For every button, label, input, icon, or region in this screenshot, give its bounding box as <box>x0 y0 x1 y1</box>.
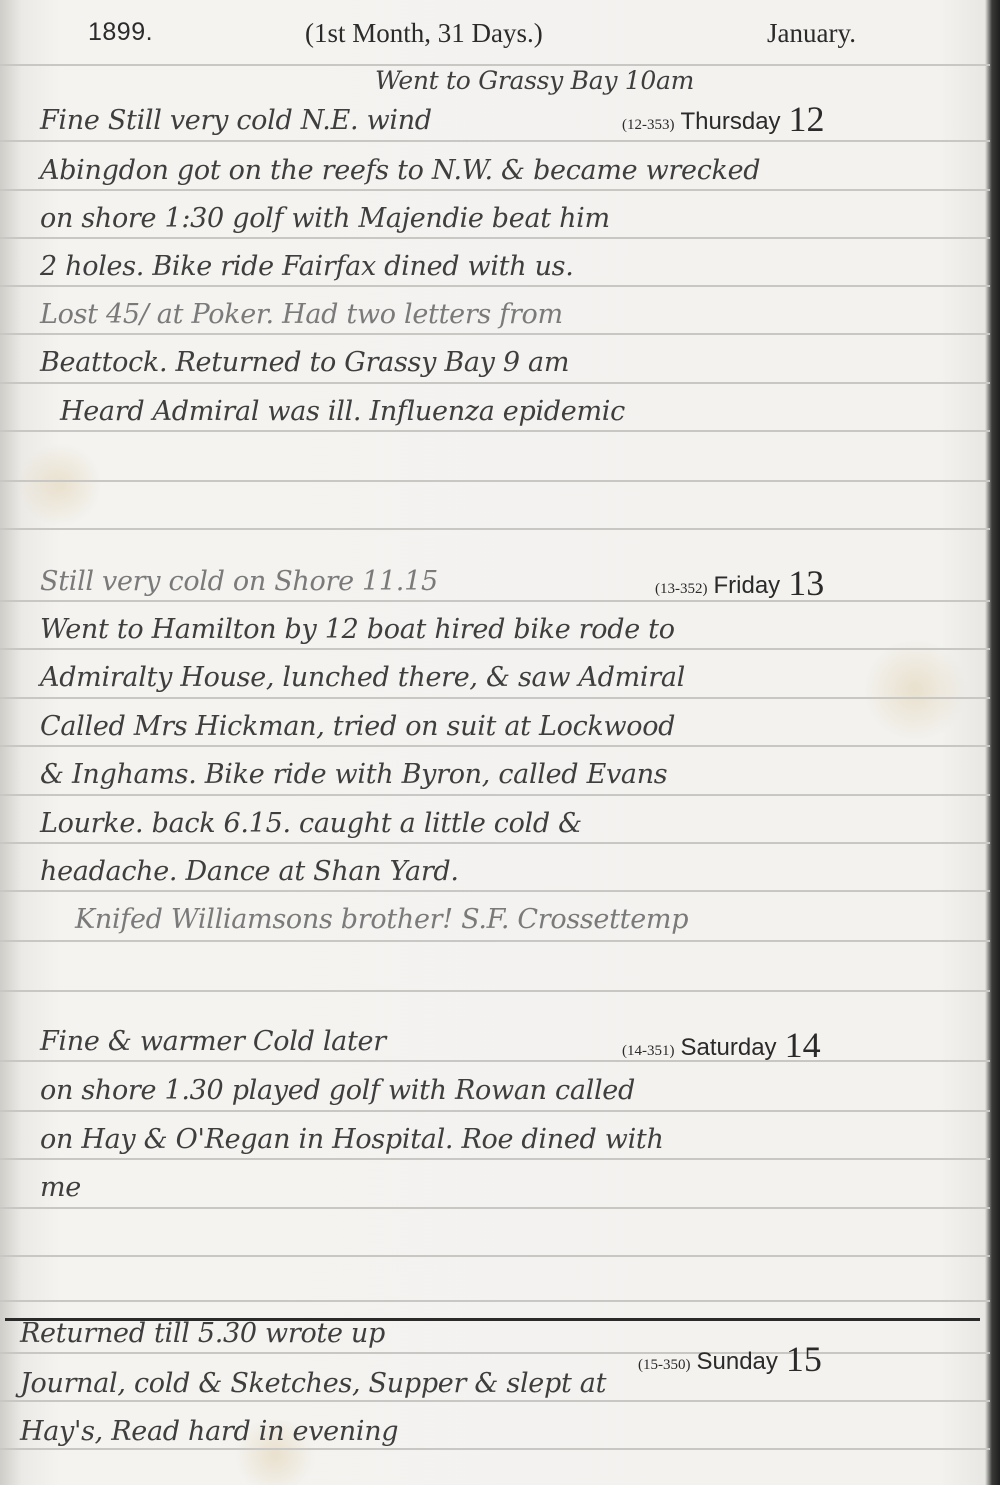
ruled-line <box>0 890 990 892</box>
ruled-line <box>0 1400 990 1402</box>
year-label: 1899. <box>88 18 153 47</box>
ruled-line <box>0 480 990 482</box>
ruled-line <box>0 745 990 747</box>
day-count: (12-353) <box>622 117 675 133</box>
ruled-line <box>0 189 990 191</box>
ruled-line <box>0 842 990 844</box>
ruled-line <box>0 1207 990 1209</box>
handwritten-line: me <box>40 1172 81 1203</box>
day-label: (13-352)Friday13 <box>655 562 824 604</box>
ruled-line <box>0 1255 990 1257</box>
day-label: (14-351)Saturday14 <box>622 1024 821 1066</box>
handwritten-line: Journal, cold & Sketches, Supper & slept… <box>20 1368 606 1399</box>
day-count: (15-350) <box>638 1357 691 1373</box>
handwritten-line: & Inghams. Bike ride with Byron, called … <box>40 759 667 790</box>
day-number: 14 <box>785 1025 821 1065</box>
ruled-line <box>0 1300 990 1302</box>
handwritten-line: Went to Hamilton by 12 boat hired bike r… <box>40 614 675 645</box>
handwritten-note-above: Went to Grassy Bay 10am <box>375 66 694 95</box>
ruled-line <box>0 333 990 335</box>
paper-stain <box>860 640 970 740</box>
day-count: (13-352) <box>655 581 708 597</box>
ruled-line <box>0 1060 990 1062</box>
handwritten-line: Admiralty House, lunched there, & saw Ad… <box>40 662 685 693</box>
weekday: Thursday <box>681 108 781 135</box>
handwritten-line: Called Mrs Hickman, tried on suit at Loc… <box>40 711 675 742</box>
ruled-line <box>0 382 990 384</box>
ruled-line <box>0 648 990 650</box>
ruled-line <box>0 1158 990 1160</box>
handwritten-line: Still very cold on Shore 11.15 <box>40 566 438 597</box>
ruled-line <box>0 430 990 432</box>
ruled-line <box>0 1448 990 1450</box>
handwritten-line: 2 holes. Bike ride Fairfax dined with us… <box>40 251 574 282</box>
ruled-line <box>0 285 990 287</box>
day-label: (12-353)Thursday12 <box>622 98 825 140</box>
month-info: (1st Month, 31 Days.) <box>305 18 543 49</box>
ruled-line <box>0 1110 990 1112</box>
ruled-line <box>0 940 990 942</box>
ruled-line <box>0 697 990 699</box>
paper-stain <box>20 440 100 530</box>
day-number: 15 <box>786 1339 822 1379</box>
handwritten-line: Fine Still very cold N.E. wind <box>40 105 432 136</box>
day-number: 13 <box>788 563 824 603</box>
diary-page: 1899. (1st Month, 31 Days.) January. Wen… <box>0 0 1000 1485</box>
ruled-line <box>0 140 990 142</box>
ruled-line <box>0 237 990 239</box>
month-name: January. <box>767 18 856 49</box>
ruled-line <box>0 600 990 602</box>
handwritten-line: Lost 45/ at Poker. Had two letters from <box>40 299 563 330</box>
ruled-line <box>0 794 990 796</box>
weekday: Sunday <box>697 1348 778 1375</box>
day-number: 12 <box>789 99 825 139</box>
ruled-line <box>0 528 990 530</box>
handwritten-line: Knifed Williamsons brother! S.F. Crosset… <box>75 904 688 935</box>
day-label: (15-350)Sunday15 <box>638 1338 822 1380</box>
handwritten-line: Hay's, Read hard in evening <box>20 1416 398 1447</box>
weekday: Saturday <box>681 1034 777 1061</box>
handwritten-line: Lourke. back 6.15. caught a little cold … <box>40 808 582 839</box>
handwritten-line: Beattock. Returned to Grassy Bay 9 am <box>40 347 569 378</box>
ruled-line <box>0 990 990 992</box>
handwritten-line: Heard Admiral was ill. Influenza epidemi… <box>60 396 625 427</box>
page-header: 1899. (1st Month, 31 Days.) January. <box>0 18 1000 58</box>
handwritten-line: headache. Dance at Shan Yard. <box>40 856 459 887</box>
handwritten-line: on shore 1:30 golf with Majendie beat hi… <box>40 203 610 234</box>
handwritten-line: on shore 1.30 played golf with Rowan cal… <box>40 1075 635 1106</box>
handwritten-line: Fine & warmer Cold later <box>40 1026 386 1057</box>
day-count: (14-351) <box>622 1043 675 1059</box>
handwritten-line: Abingdon got on the reefs to N.W. & beca… <box>40 155 760 186</box>
handwritten-line: on Hay & O'Regan in Hospital. Roe dined … <box>40 1124 664 1155</box>
handwritten-line: Returned till 5.30 wrote up <box>20 1318 385 1349</box>
weekday: Friday <box>714 572 781 599</box>
ruled-line <box>0 1352 990 1354</box>
